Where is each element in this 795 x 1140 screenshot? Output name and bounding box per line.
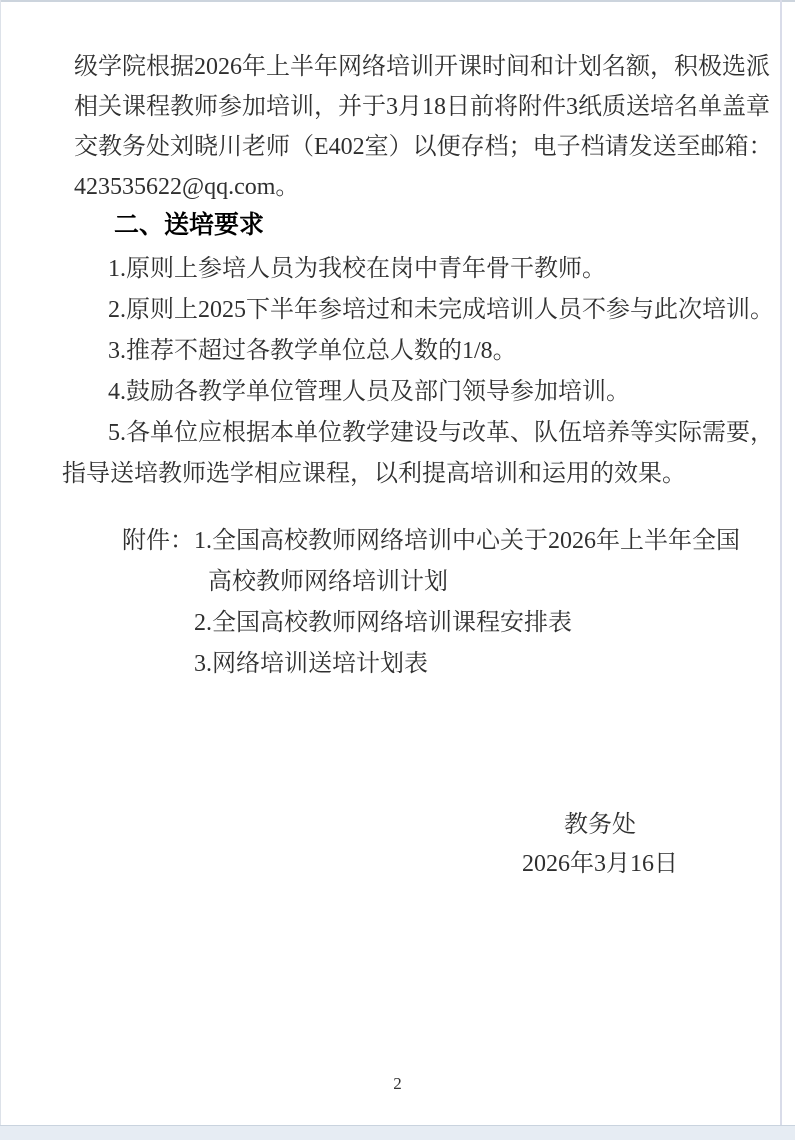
attachments-block: 附件：1.全国高校教师网络培训中心关于2026年上半年全国 高校教师网络培训计划… [122, 521, 740, 685]
page-top-edge [0, 0, 795, 2]
requirement-item: 5.各单位应根据本单位教学建设与改革、队伍培养等实际需要， [62, 413, 774, 454]
page-right-edge [780, 0, 782, 1126]
attachment-item-1: 附件：1.全国高校教师网络培训中心关于2026年上半年全国 [122, 521, 740, 562]
attachment-item-3: 3.网络培训送培计划表 [122, 644, 740, 685]
page-left-edge [0, 0, 1, 1126]
document-page: 级学院根据2026年上半年网络培训开课时间和计划名额，积极选派 相关课程教师参加… [0, 0, 795, 1140]
requirement-item: 3.推荐不超过各教学单位总人数的1/8。 [62, 331, 774, 372]
section-heading: 二、送培要求 [114, 205, 264, 246]
attachment-item-1-wrap: 高校教师网络培训计划 [122, 562, 740, 603]
opening-paragraph: 级学院根据2026年上半年网络培训开课时间和计划名额，积极选派 相关课程教师参加… [74, 47, 773, 207]
signature-date: 2026年3月16日 [465, 845, 735, 884]
requirements-list: 1.原则上参培人员为我校在岗中青年骨干教师。 2.原则上2025下半年参培过和未… [62, 249, 774, 495]
paragraph-line-email: 423535622@qq.com。 [74, 167, 773, 207]
paragraph-line: 相关课程教师参加培训，并于3月18日前将附件3纸质送培名单盖章 [74, 87, 773, 127]
signature-org: 教务处 [465, 806, 735, 845]
requirement-item: 4.鼓励各教学单位管理人员及部门领导参加培训。 [62, 372, 774, 413]
page-number: 2 [0, 1073, 795, 1095]
viewer-background-gap [0, 1125, 795, 1140]
paragraph-line: 级学院根据2026年上半年网络培训开课时间和计划名额，积极选派 [74, 47, 773, 87]
requirement-item: 1.原则上参培人员为我校在岗中青年骨干教师。 [62, 249, 774, 290]
requirement-item: 2.原则上2025下半年参培过和未完成培训人员不参与此次培训。 [62, 290, 774, 331]
requirement-item-continuation: 指导送培教师选学相应课程，以利提高培训和运用的效果。 [62, 454, 774, 495]
attachments-label: 附件： [122, 528, 194, 554]
paragraph-line: 交教务处刘晓川老师（E402室）以便存档；电子档请发送至邮箱： [74, 127, 773, 167]
attachment-item-2: 2.全国高校教师网络培训课程安排表 [122, 603, 740, 644]
attachment-item-1-text: 1.全国高校教师网络培训中心关于2026年上半年全国 [194, 528, 740, 554]
signature-block: 教务处 2026年3月16日 [465, 806, 735, 884]
